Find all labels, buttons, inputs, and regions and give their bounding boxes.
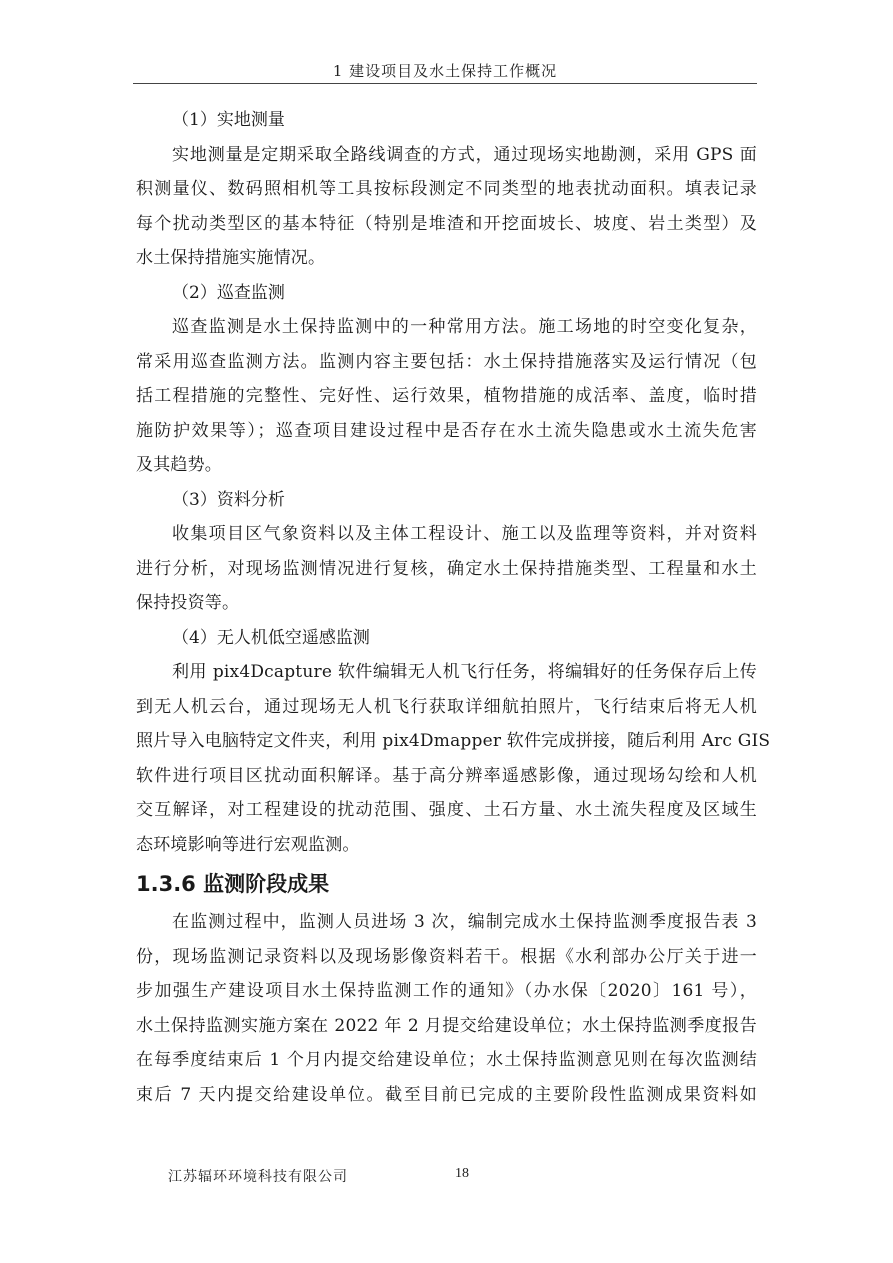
paragraph-line: 交互解译，对工程建设的扰动范围、强度、土石方量、水土流失程度及区域生 [136,793,757,828]
paragraph-line: 施防护效果等）；巡查项目建设过程中是否存在水土流失隐患或水土流失危害 [136,414,757,449]
page-footer: 江苏辐环环境科技有限公司 18 [0,1166,893,1186]
paragraph-line: 每个扰动类型区的基本特征（特别是堆渣和开挖面坡长、坡度、岩土类型）及 [136,207,757,242]
paragraph-line: 在监测过程中，监测人员进场 3 次，编制完成水土保持监测季度报告表 3 [136,905,757,940]
subsection-title-patrol-monitoring: （2）巡查监测 [136,276,757,311]
running-header: 1 建设项目及水土保持工作概况 [133,62,757,80]
paragraph-line: 实地测量是定期采取全路线调查的方式，通过现场实地勘测，采用 GPS 面 [136,138,757,173]
subsection-title-field-survey: （1）实地测量 [136,103,757,138]
subsection-title-data-analysis: （3）资料分析 [136,483,757,518]
paragraph-line: 水土保持监测实施方案在 2022 年 2 月提交给建设单位；水土保持监测季度报告 [136,1009,757,1044]
section-heading-monitoring-results: 1.3.6 监测阶段成果 [136,864,757,904]
paragraph-line: 束后 7 天内提交给建设单位。截至目前已完成的主要阶段性监测成果资料如 [136,1078,757,1113]
paragraph-line: 软件进行项目区扰动面积解译。基于高分辨率遥感影像，通过现场勾绘和人机 [136,759,757,794]
paragraph-line: 利用 pix4Dcapture 软件编辑无人机飞行任务，将编辑好的任务保存后上传 [136,655,757,690]
page-number: 18 [455,1166,469,1182]
paragraph-line: 巡查监测是水土保持监测中的一种常用方法。施工场地的时空变化复杂， [136,310,757,345]
paragraph-line: 态环境影响等进行宏观监测。 [136,828,757,863]
paragraph-line: 在每季度结束后 1 个月内提交给建设单位；水土保持监测意见则在每次监测结 [136,1043,757,1078]
paragraph-line: 到无人机云台，通过现场无人机飞行获取详细航拍照片，飞行结束后将无人机 [136,690,757,725]
paragraph-line: 收集项目区气象资料以及主体工程设计、施工以及监理等资料，并对资料 [136,517,757,552]
footer-company-name: 江苏辐环环境科技有限公司 [168,1166,348,1186]
paragraph-line: 积测量仪、数码照相机等工具按标段测定不同类型的地表扰动面积。填表记录 [136,172,757,207]
paragraph-line: 进行分析，对现场监测情况进行复核，确定水土保持措施类型、工程量和水土 [136,552,757,587]
paragraph-line: 及其趋势。 [136,448,757,483]
paragraph-line: 份，现场监测记录资料以及现场影像资料若干。根据《水利部办公厅关于进一 [136,940,757,975]
paragraph-line: 照片导入电脑特定文件夹，利用 pix4Dmapper 软件完成拼接，随后利用 A… [136,724,757,759]
paragraph-line: 括工程措施的完整性、完好性、运行效果，植物措施的成活率、盖度，临时措 [136,379,757,414]
paragraph-line: 常采用巡查监测方法。监测内容主要包括：水土保持措施落实及运行情况（包 [136,345,757,380]
paragraph-line: 步加强生产建设项目水土保持监测工作的通知》（办水保〔2020〕161 号）， [136,974,757,1009]
paragraph-line: 保持投资等。 [136,586,757,621]
paragraph-line: 水土保持措施实施情况。 [136,241,757,276]
header-divider [133,83,757,84]
subsection-title-uav-remote-sensing: （4）无人机低空遥感监测 [136,621,757,656]
page-body: （1）实地测量 实地测量是定期采取全路线调查的方式，通过现场实地勘测，采用 GP… [136,103,757,1112]
